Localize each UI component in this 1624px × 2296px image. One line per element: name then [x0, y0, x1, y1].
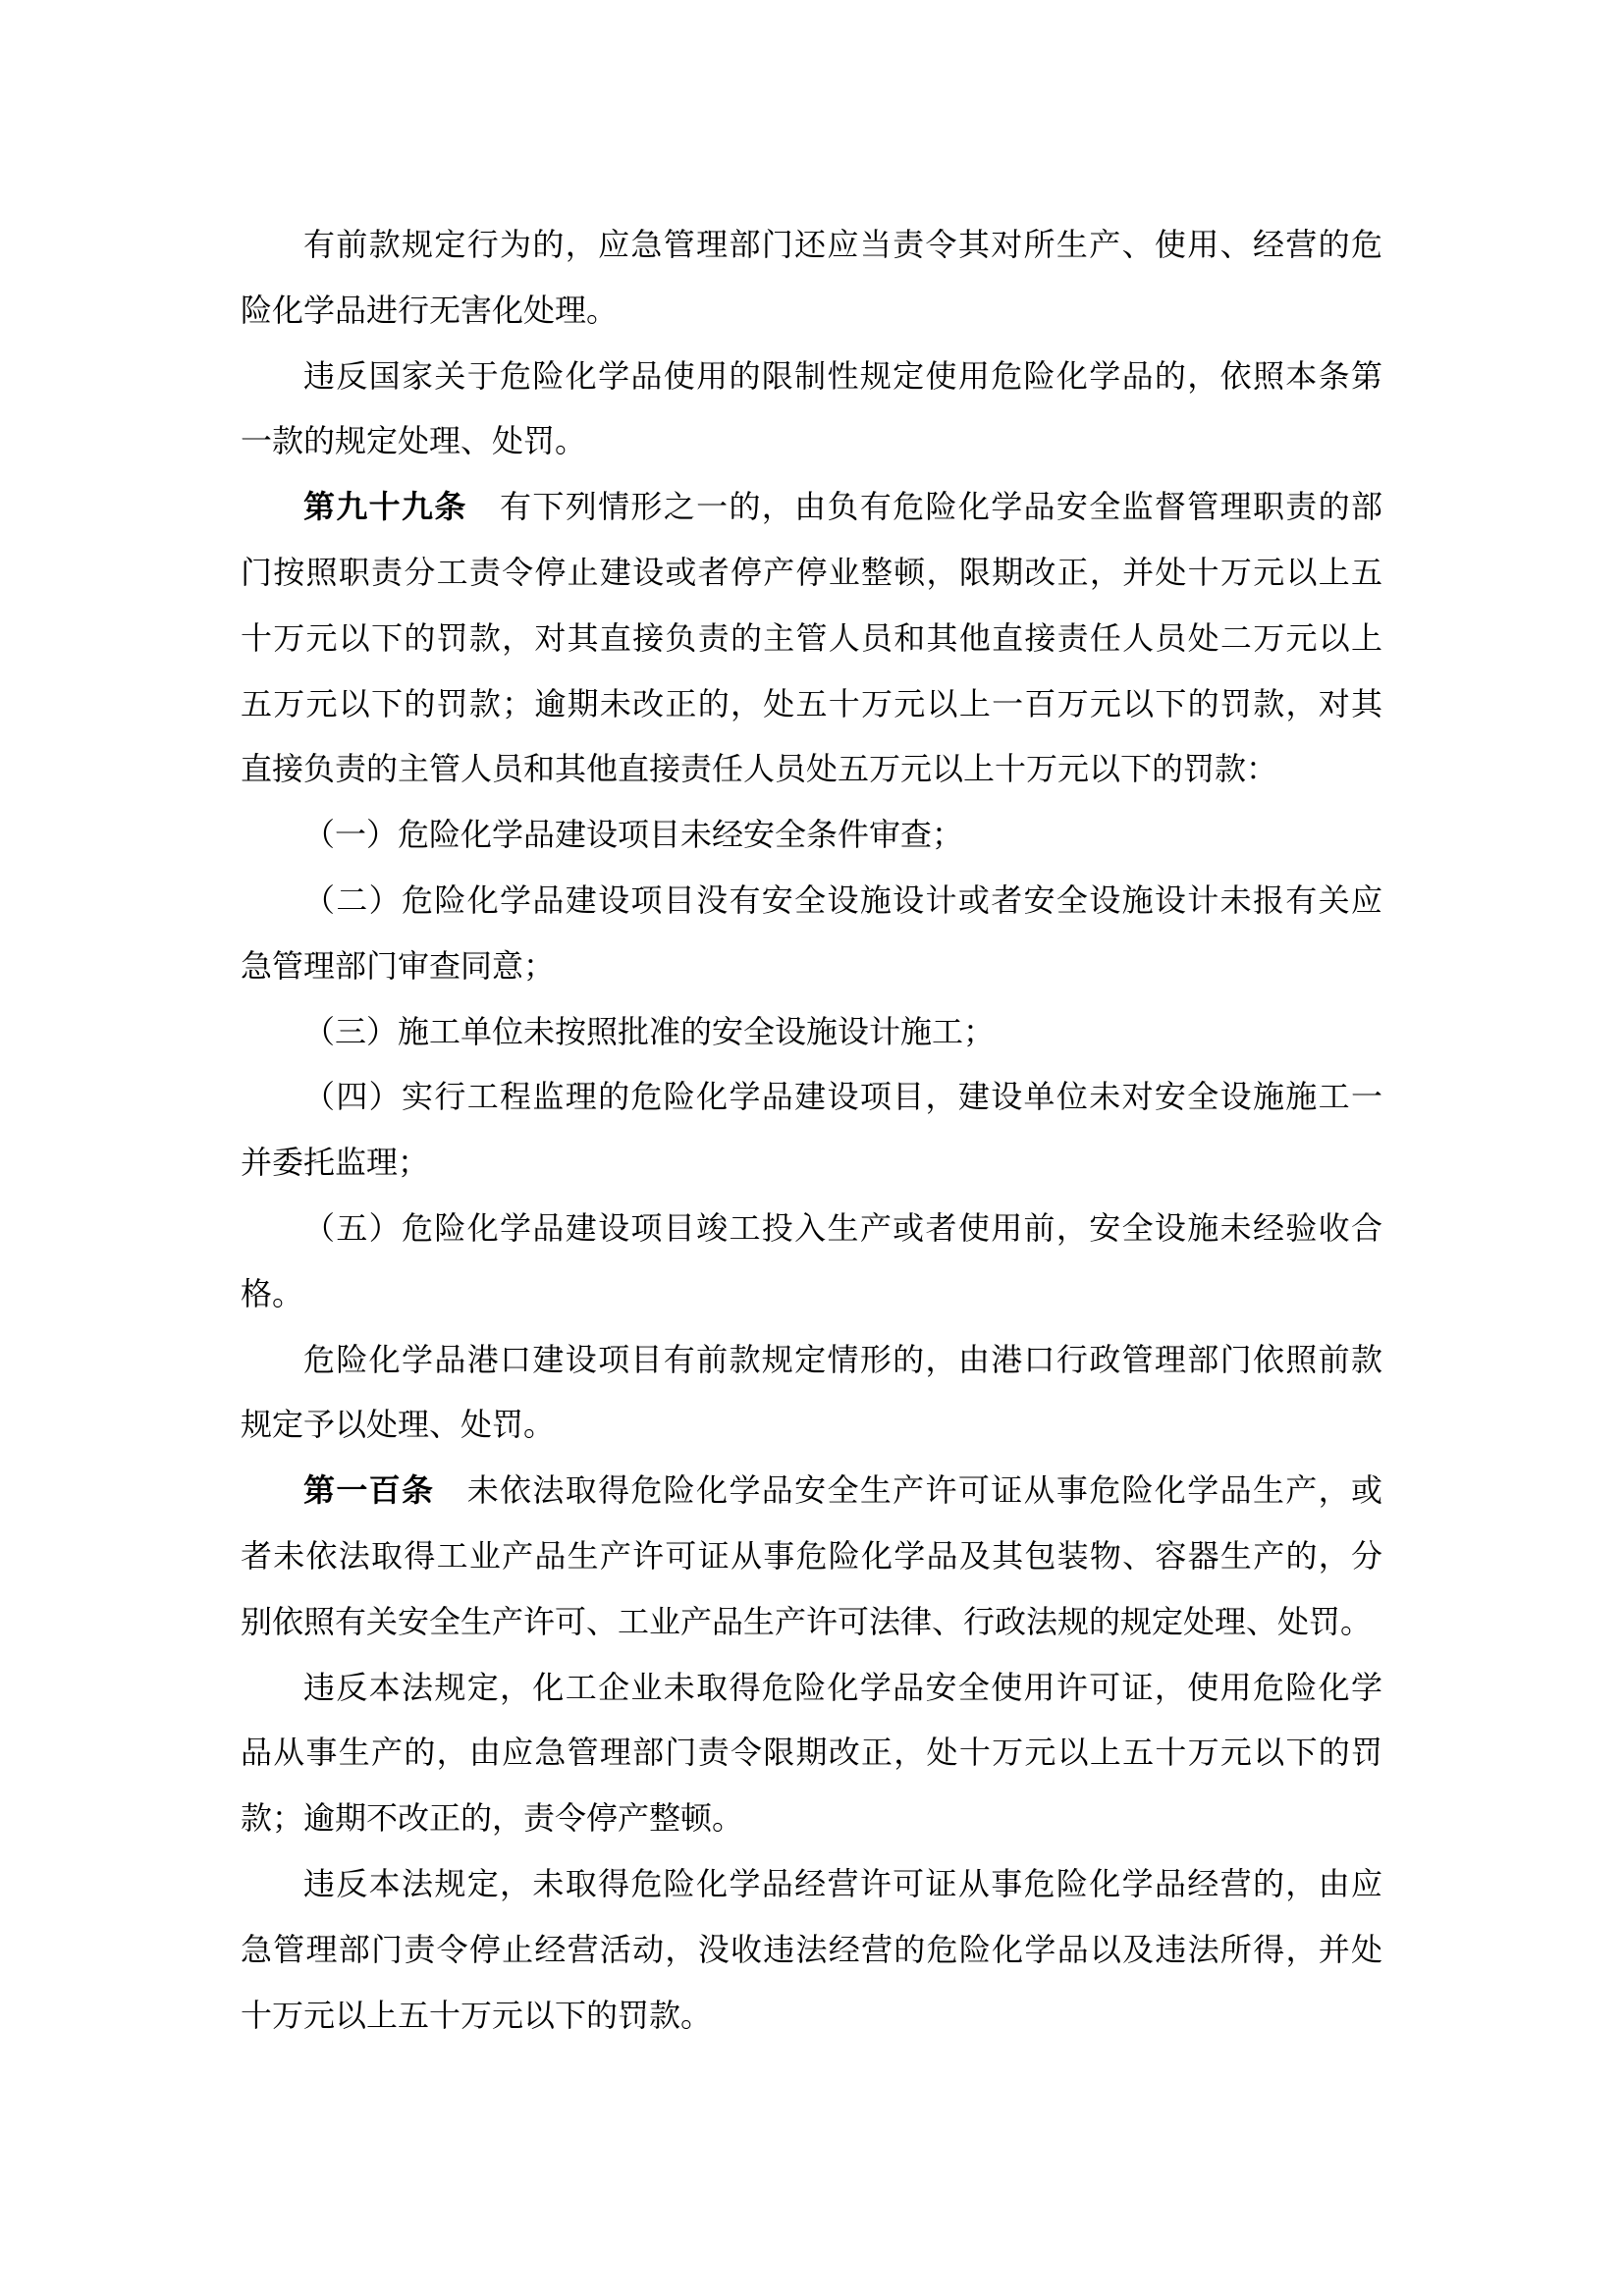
list-item-3: （三）施工单位未按照批准的安全设施设计施工； — [241, 999, 1382, 1065]
text-line: 别依照有关安全生产许可、工业产品生产许可法律、行政法规的规定处理、处罚。 — [241, 1589, 1382, 1655]
list-item-4: （四）实行工程监理的危险化学品建设项目，建设单位未对安全设施施工一 — [241, 1064, 1382, 1130]
text-line: 规定予以处理、处罚。 — [241, 1392, 1382, 1458]
text-line: 门按照职责分工责令停止建设或者停产停业整顿，限期改正，并处十万元以上五 — [241, 540, 1382, 606]
text-line-article-100: 第一百条 未依法取得危险化学品安全生产许可证从事危险化学品生产，或 — [241, 1458, 1382, 1523]
text-line: 急管理部门审查同意； — [241, 934, 1382, 999]
text-line: 险化学品进行无害化处理。 — [241, 278, 1382, 344]
article-text: 有下列情形之一的，由负有危险化学品安全监督管理职责的部 — [467, 489, 1382, 524]
text-line: 有前款规定行为的，应急管理部门还应当责令其对所生产、使用、经营的危 — [241, 212, 1382, 278]
text-line: 违反国家关于危险化学品使用的限制性规定使用危险化学品的，依照本条第 — [241, 344, 1382, 409]
text-line: 品从事生产的，由应急管理部门责令限期改正，处十万元以上五十万元以下的罚 — [241, 1720, 1382, 1786]
text-line: 十万元以上五十万元以下的罚款。 — [241, 1983, 1382, 2049]
text-line: 直接负责的主管人员和其他直接责任人员处五万元以上十万元以下的罚款： — [241, 736, 1382, 802]
article-number: 第九十九条 — [303, 489, 467, 524]
list-item-1: （一）危险化学品建设项目未经安全条件审查； — [241, 802, 1382, 868]
legal-document-page: 有前款规定行为的，应急管理部门还应当责令其对所生产、使用、经营的危 险化学品进行… — [0, 0, 1624, 2296]
text-line: 者未依法取得工业产品生产许可证从事危险化学品及其包装物、容器生产的，分 — [241, 1523, 1382, 1589]
text-line: 违反本法规定，化工企业未取得危险化学品安全使用许可证，使用危险化学 — [241, 1655, 1382, 1721]
text-line: 十万元以下的罚款，对其直接负责的主管人员和其他直接责任人员处二万元以上 — [241, 606, 1382, 671]
text-line: 款；逾期不改正的，责令停产整顿。 — [241, 1786, 1382, 1851]
text-block: 有前款规定行为的，应急管理部门还应当责令其对所生产、使用、经营的危 险化学品进行… — [241, 212, 1382, 2048]
list-item-5: （五）危险化学品建设项目竣工投入生产或者使用前，安全设施未经验收合 — [241, 1196, 1382, 1261]
article-text: 未依法取得危险化学品安全生产许可证从事危险化学品生产，或 — [434, 1472, 1382, 1508]
text-line: 急管理部门责令停止经营活动，没收违法经营的危险化学品以及违法所得，并处 — [241, 1917, 1382, 1983]
text-line: 格。 — [241, 1261, 1382, 1327]
text-line: 违反本法规定，未取得危险化学品经营许可证从事危险化学品经营的，由应 — [241, 1851, 1382, 1917]
list-item-2: （二）危险化学品建设项目没有安全设施设计或者安全设施设计未报有关应 — [241, 868, 1382, 934]
text-line-article-99: 第九十九条 有下列情形之一的，由负有危险化学品安全监督管理职责的部 — [241, 474, 1382, 540]
text-line: 危险化学品港口建设项目有前款规定情形的，由港口行政管理部门依照前款 — [241, 1327, 1382, 1393]
text-line: 一款的规定处理、处罚。 — [241, 408, 1382, 474]
text-line: 并委托监理； — [241, 1130, 1382, 1196]
article-number: 第一百条 — [303, 1472, 434, 1508]
text-line: 五万元以下的罚款；逾期未改正的，处五十万元以上一百万元以下的罚款，对其 — [241, 671, 1382, 737]
